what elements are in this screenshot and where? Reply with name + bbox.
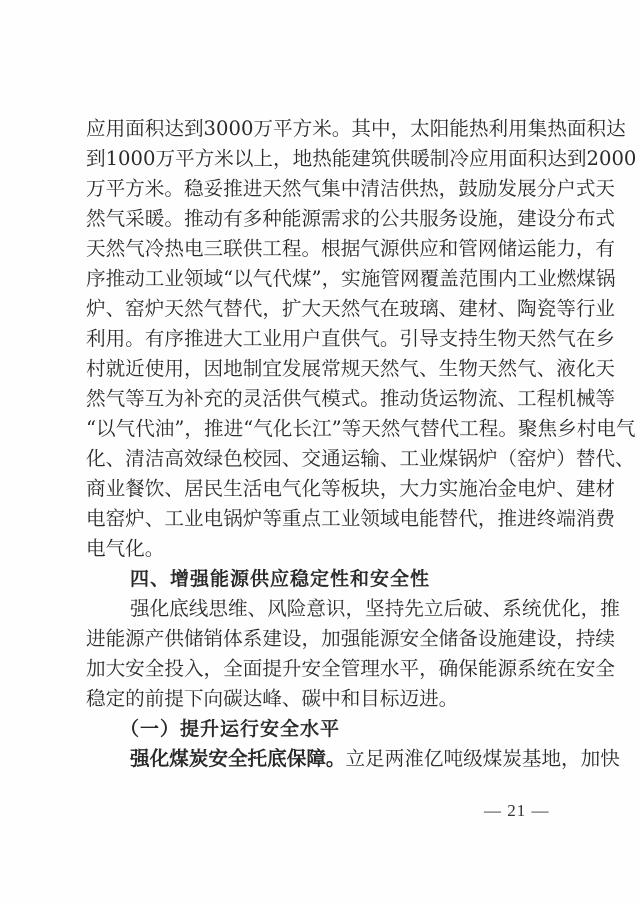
paragraph-line: 稳定的前提下向碳达峰、碳中和目标迈进。 [86, 684, 556, 714]
paragraph-line: 序推动工业领域“以气代煤”，实施管网覆盖范围内工业燃煤锅 [86, 264, 556, 294]
paragraph-line: 商业餐饮、居民生活电气化等板块，大力实施冶金电炉、建材 [86, 474, 556, 504]
paragraph-line: 强化煤炭安全托底保障。立足两淮亿吨级煤炭基地，加快 [86, 744, 556, 774]
paragraph-text: 立足两淮亿吨级煤炭基地，加快 [346, 747, 620, 770]
paragraph-lead: 强化煤炭安全托底保障。 [130, 747, 346, 770]
page-number: — 21 — [484, 801, 550, 821]
body-text: 应用面积达到3000万平方米。其中，太阳能热利用集热面积达 到1000万平方米以… [86, 114, 556, 774]
paragraph-line: 然气等互为补充的灵活供气模式。推动货运物流、工程机械等 [86, 384, 556, 414]
paragraph-line: 村就近使用，因地制宜发展常规天然气、生物天然气、液化天 [86, 354, 556, 384]
paragraph-line: 进能源产供储销体系建设，加强能源安全储备设施建设，持续 [86, 624, 556, 654]
section-heading: 四、增强能源供应稳定性和安全性 [86, 564, 556, 594]
subsection-heading: （一）提升运行安全水平 [86, 714, 556, 744]
paragraph-line: 电窑炉、工业电锅炉等重点工业领域电能替代，推进终端消费 [86, 504, 556, 534]
paragraph-line: 加大安全投入，全面提升安全管理水平，确保能源系统在安全 [86, 654, 556, 684]
paragraph-line: 万平方米。稳妥推进天然气集中清洁供热，鼓励发展分户式天 [86, 174, 556, 204]
paragraph-line: 化、清洁高效绿色校园、交通运输、工业煤锅炉（窑炉）替代、 [86, 444, 556, 474]
paragraph-line: 强化底线思维、风险意识，坚持先立后破、系统优化，推 [86, 594, 556, 624]
paragraph-line: 天然气冷热电三联供工程。根据气源供应和管网储运能力，有 [86, 234, 556, 264]
paragraph-line: 然气采暖。推动有多种能源需求的公共服务设施，建设分布式 [86, 204, 556, 234]
paragraph-line: 电气化。 [86, 534, 556, 564]
paragraph-line: 炉、窑炉天然气替代，扩大天然气在玻璃、建材、陶瓷等行业 [86, 294, 556, 324]
paragraph-line: 到1000万平方米以上，地热能建筑供暖制冷应用面积达到2000 [86, 144, 556, 174]
paragraph-line: 应用面积达到3000万平方米。其中，太阳能热利用集热面积达 [86, 114, 556, 144]
document-page: 应用面积达到3000万平方米。其中，太阳能热利用集热面积达 到1000万平方米以… [0, 0, 640, 905]
paragraph-line: “以气代油”，推进“气化长江”等天然气替代工程。聚焦乡村电气 [86, 414, 556, 444]
paragraph-line: 利用。有序推进大工业用户直供气。引导支持生物天然气在乡 [86, 324, 556, 354]
